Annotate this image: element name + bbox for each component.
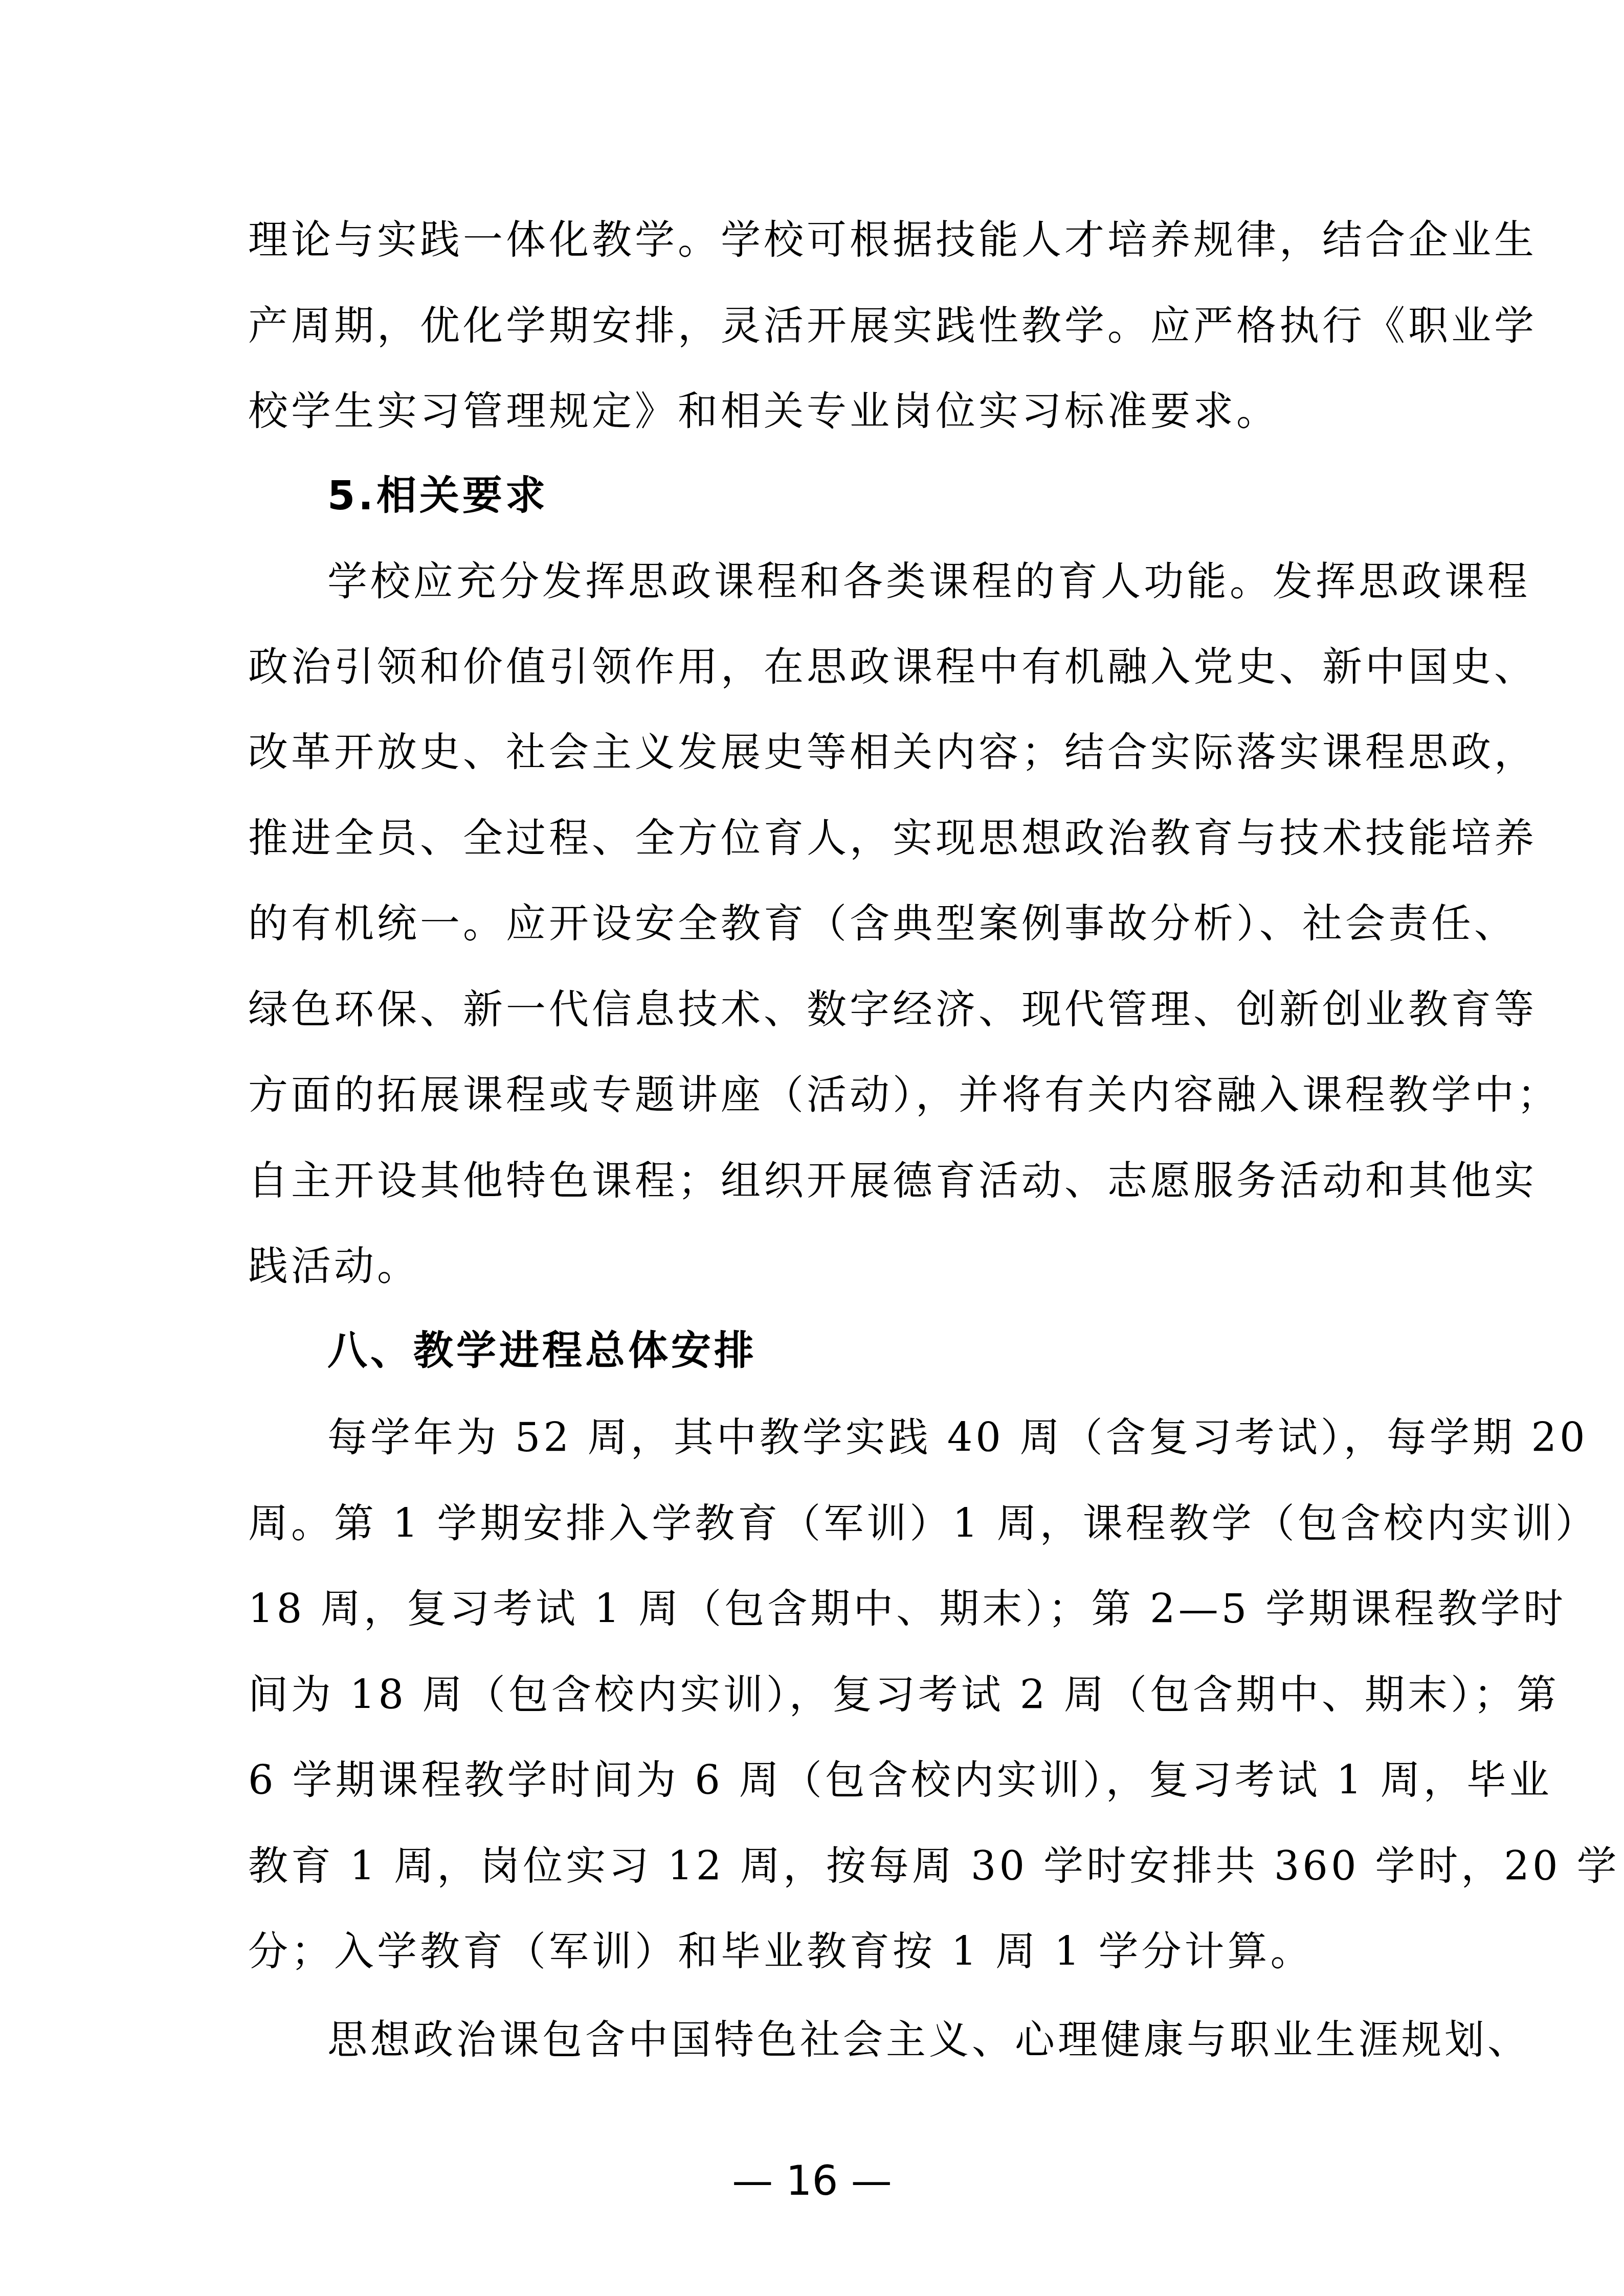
section-heading-5: 5.相关要求 — [327, 470, 1391, 522]
paragraph-line: 教育 1 周，岗位实习 12 周，按每周 30 学时安排共 360 学时，20 … — [248, 1841, 1391, 1892]
paragraph-line: 自主开设其他特色课程；组织开展德育活动、志愿服务活动和其他实 — [248, 1156, 1391, 1207]
paragraph-line: 推进全员、全过程、全方位育人，实现思想政治教育与技术技能培养 — [248, 813, 1391, 864]
paragraph-line: 校学生实习管理规定》和相关专业岗位实习标准要求。 — [248, 386, 1391, 437]
paragraph-line: 思想政治课包含中国特色社会主义、心理健康与职业生涯规划、 — [327, 2015, 1391, 2066]
paragraph-line: 周。第 1 学期安排入学教育（军训）1 周，课程教学（包含校内实训） — [248, 1498, 1391, 1549]
paragraph-line: 每学年为 52 周，其中教学实践 40 周（含复习考试），每学期 20 — [327, 1412, 1391, 1464]
paragraph-line: 方面的拓展课程或专题讲座（活动），并将有关内容融入课程教学中； — [248, 1070, 1391, 1121]
paragraph-line: 6 学期课程教学时间为 6 周（包含校内实训），复习考试 1 周，毕业 — [248, 1755, 1391, 1806]
document-page: 理论与实践一体化教学。学校可根据技能人才培养规律，结合企业生 产周期，优化学期安… — [0, 0, 1624, 2296]
paragraph-line: 分；入学教育（军训）和毕业教育按 1 周 1 学分计算。 — [248, 1926, 1391, 1977]
paragraph-line: 18 周，复习考试 1 周（包含期中、期末）；第 2—5 学期课程教学时 — [248, 1584, 1391, 1635]
paragraph-line: 改革开放史、社会主义发展史等相关内容；结合实际落实课程思政， — [248, 727, 1391, 778]
paragraph-line: 的有机统一。应开设安全教育（含典型案例事故分析）、社会责任、 — [248, 898, 1391, 950]
paragraph-line: 政治引领和价值引领作用，在思政课程中有机融入党史、新中国史、 — [248, 642, 1391, 693]
paragraph-line: 理论与实践一体化教学。学校可根据技能人才培养规律，结合企业生 — [248, 215, 1391, 266]
paragraph-line: 学校应充分发挥思政课程和各类课程的育人功能。发挥思政课程 — [327, 556, 1391, 607]
paragraph-line: 践活动。 — [248, 1241, 1391, 1292]
page-number: — 16 — — [0, 2155, 1624, 2207]
paragraph-line: 产周期，优化学期安排，灵活开展实践性教学。应严格执行《职业学 — [248, 301, 1391, 352]
paragraph-line: 绿色环保、新一代信息技术、数字经济、现代管理、创新创业教育等 — [248, 984, 1391, 1036]
paragraph-line: 间为 18 周（包含校内实训），复习考试 2 周（包含期中、期末）；第 — [248, 1670, 1391, 1721]
section-heading-8: 八、教学进程总体安排 — [327, 1325, 1391, 1377]
